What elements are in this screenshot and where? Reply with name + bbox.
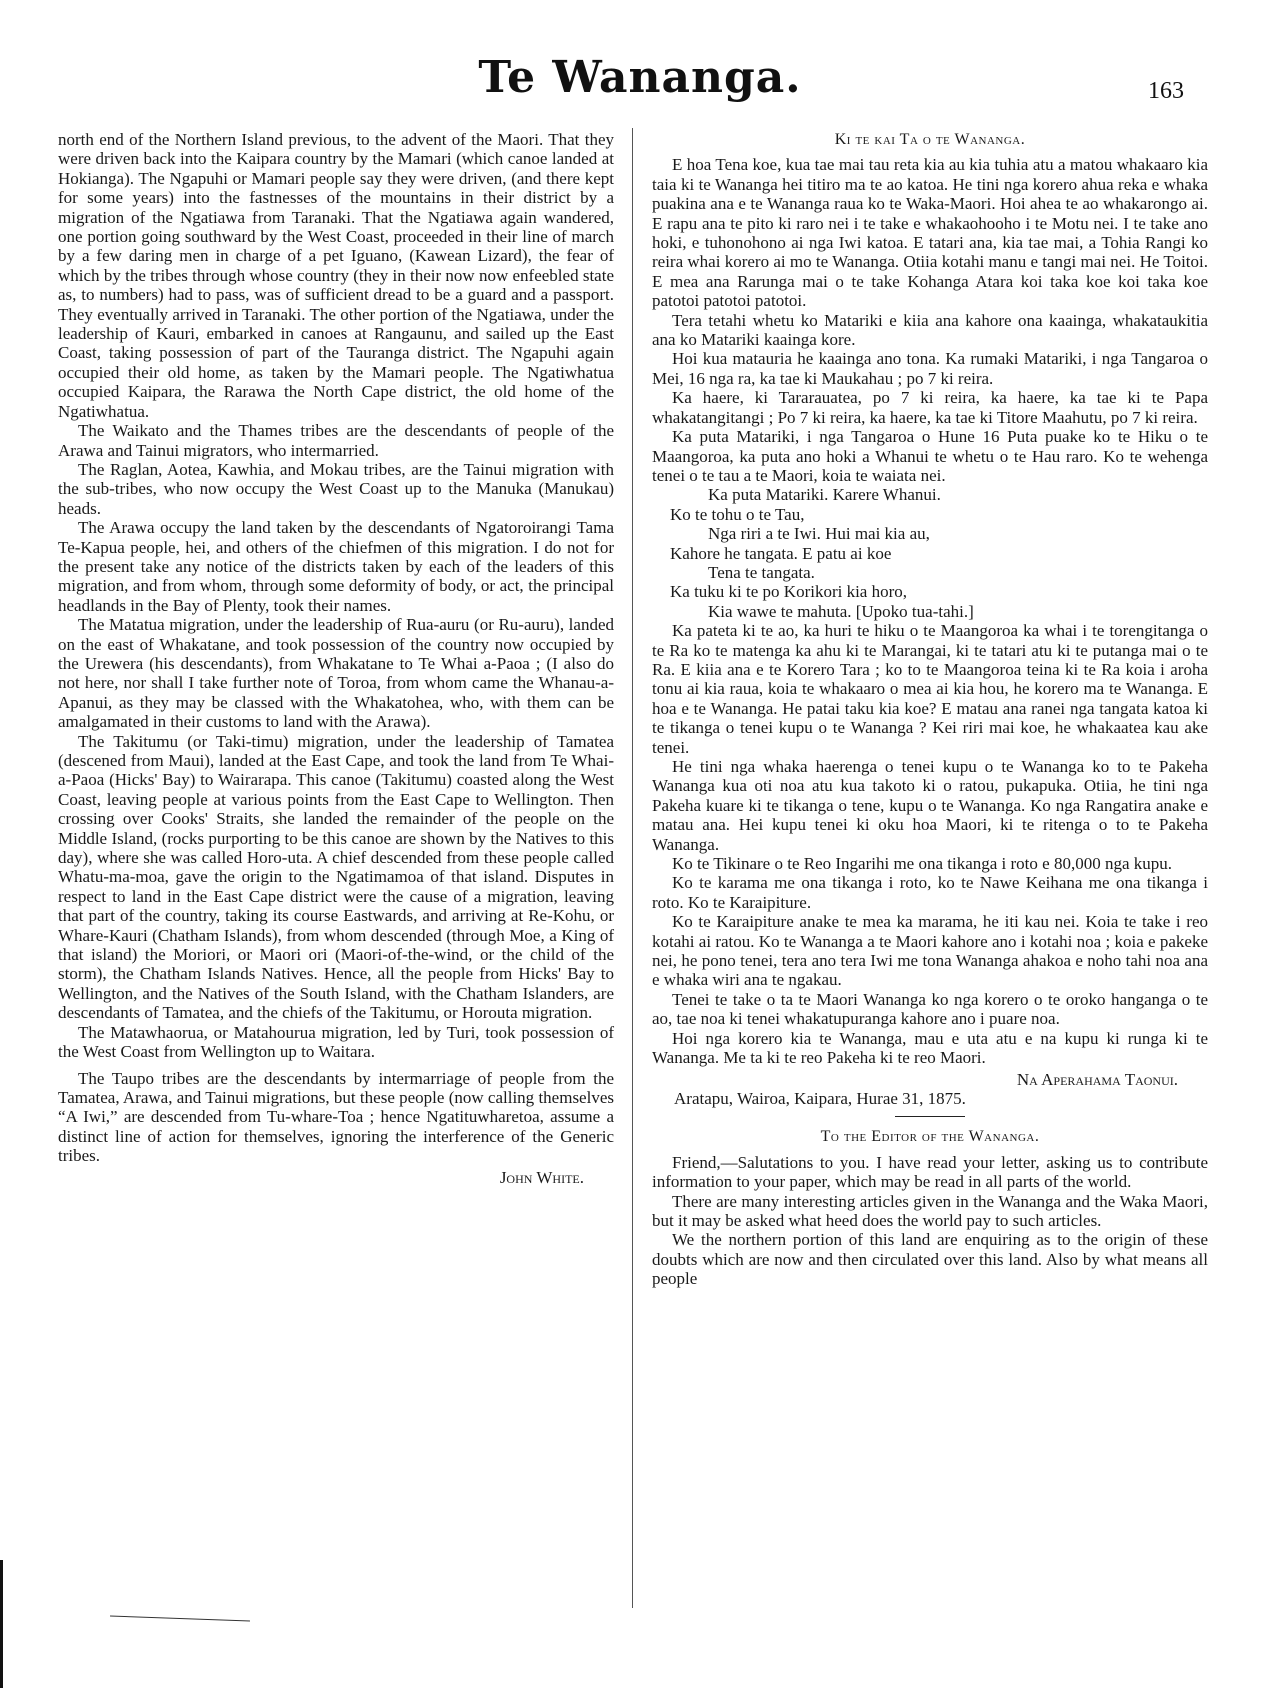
letter-paragraph: He tini nga whaka haerenga o tenei kupu … [652,757,1208,854]
column-divider [632,128,633,1608]
letter-paragraph: Tera tetahi whetu ko Matariki e kiia ana… [652,311,1208,350]
article-paragraph: The Raglan, Aotea, Kawhia, and Mokau tri… [58,460,614,518]
article-paragraph: The Waikato and the Thames tribes are th… [58,421,614,460]
letter-paragraph: Ko te Karaipiture anake te mea ka marama… [652,912,1208,990]
letter-paragraph: Ko te Tikinare o te Reo Ingarihi me ona … [652,854,1208,873]
waiata-poem: Ka puta Matariki. Karere Whanui. Ko te t… [652,485,1208,621]
letter-paragraph: Ka pateta ki te ao, ka huri te hiku o te… [652,621,1208,757]
letter-paragraph: Friend,—Salutations to you. I have read … [652,1153,1208,1192]
letter-paragraph: Tenei te take o ta te Maori Wananga ko n… [652,990,1208,1029]
letter-paragraph: We the northern portion of this land are… [652,1230,1208,1288]
section-rule [895,1116,965,1117]
letter-heading: Ki te kai Ta o te Wananga. [652,130,1208,149]
letter-paragraph: Ko te karama me ona tikanga i roto, ko t… [652,873,1208,912]
letter-dateline: Aratapu, Wairoa, Kaipara, Hurae 31, 1875… [652,1089,1208,1108]
article-paragraph: north end of the Northern Island previou… [58,130,614,421]
poem-line: Nga riri a te Iwi. Hui mai kia au, [652,524,1208,543]
poem-line: Ka puta Matariki. Karere Whanui. [652,485,1208,504]
letter-paragraph: Hoi nga korero kia te Wananga, mau e uta… [652,1029,1208,1068]
poem-line: Ko te tohu o te Tau, [652,505,1208,524]
page-number: 163 [1148,78,1184,105]
letter-heading: To the Editor of the Wananga. [652,1127,1208,1146]
article-paragraph: The Arawa occupy the land taken by the d… [58,518,614,615]
poem-line: Kia wawe te mahuta. [Upoko tua-tahi.] [652,602,1208,621]
article-paragraph: The Matatua migration, under the leaders… [58,615,614,731]
article-paragraph: The Matawhaorua, or Matahourua migration… [58,1023,614,1062]
right-column: Ki te kai Ta o te Wananga. E hoa Tena ko… [652,130,1208,1289]
page-edge [0,1560,3,1688]
poem-line: Tena te tangata. [652,563,1208,582]
article-paragraph: The Takitumu (or Taki-timu) migration, u… [58,732,614,1023]
letter-paragraph: Ka haere, ki Tararauatea, po 7 ki reira,… [652,388,1208,427]
poem-line: Kahore he tangata. E patu ai koe [652,544,1208,563]
page-title: Te Wananga. [0,52,1280,103]
author-signature: John White. [58,1168,614,1187]
left-column: north end of the Northern Island previou… [58,130,614,1187]
poem-line: Ka tuku ki te po Korikori kia horo, [652,582,1208,601]
article-paragraph: The Taupo tribes are the descendants by … [58,1069,614,1166]
letter-paragraph: E hoa Tena koe, kua tae mai tau reta kia… [652,155,1208,310]
letter-signature: Na Aperahama Taonui. [652,1070,1208,1089]
letter-paragraph: Hoi kua matauria he kaainga ano tona. Ka… [652,349,1208,388]
end-rule [110,1616,250,1622]
letter-paragraph: There are many interesting articles give… [652,1192,1208,1231]
letter-paragraph: Ka puta Matariki, i nga Tangaroa o Hune … [652,427,1208,485]
